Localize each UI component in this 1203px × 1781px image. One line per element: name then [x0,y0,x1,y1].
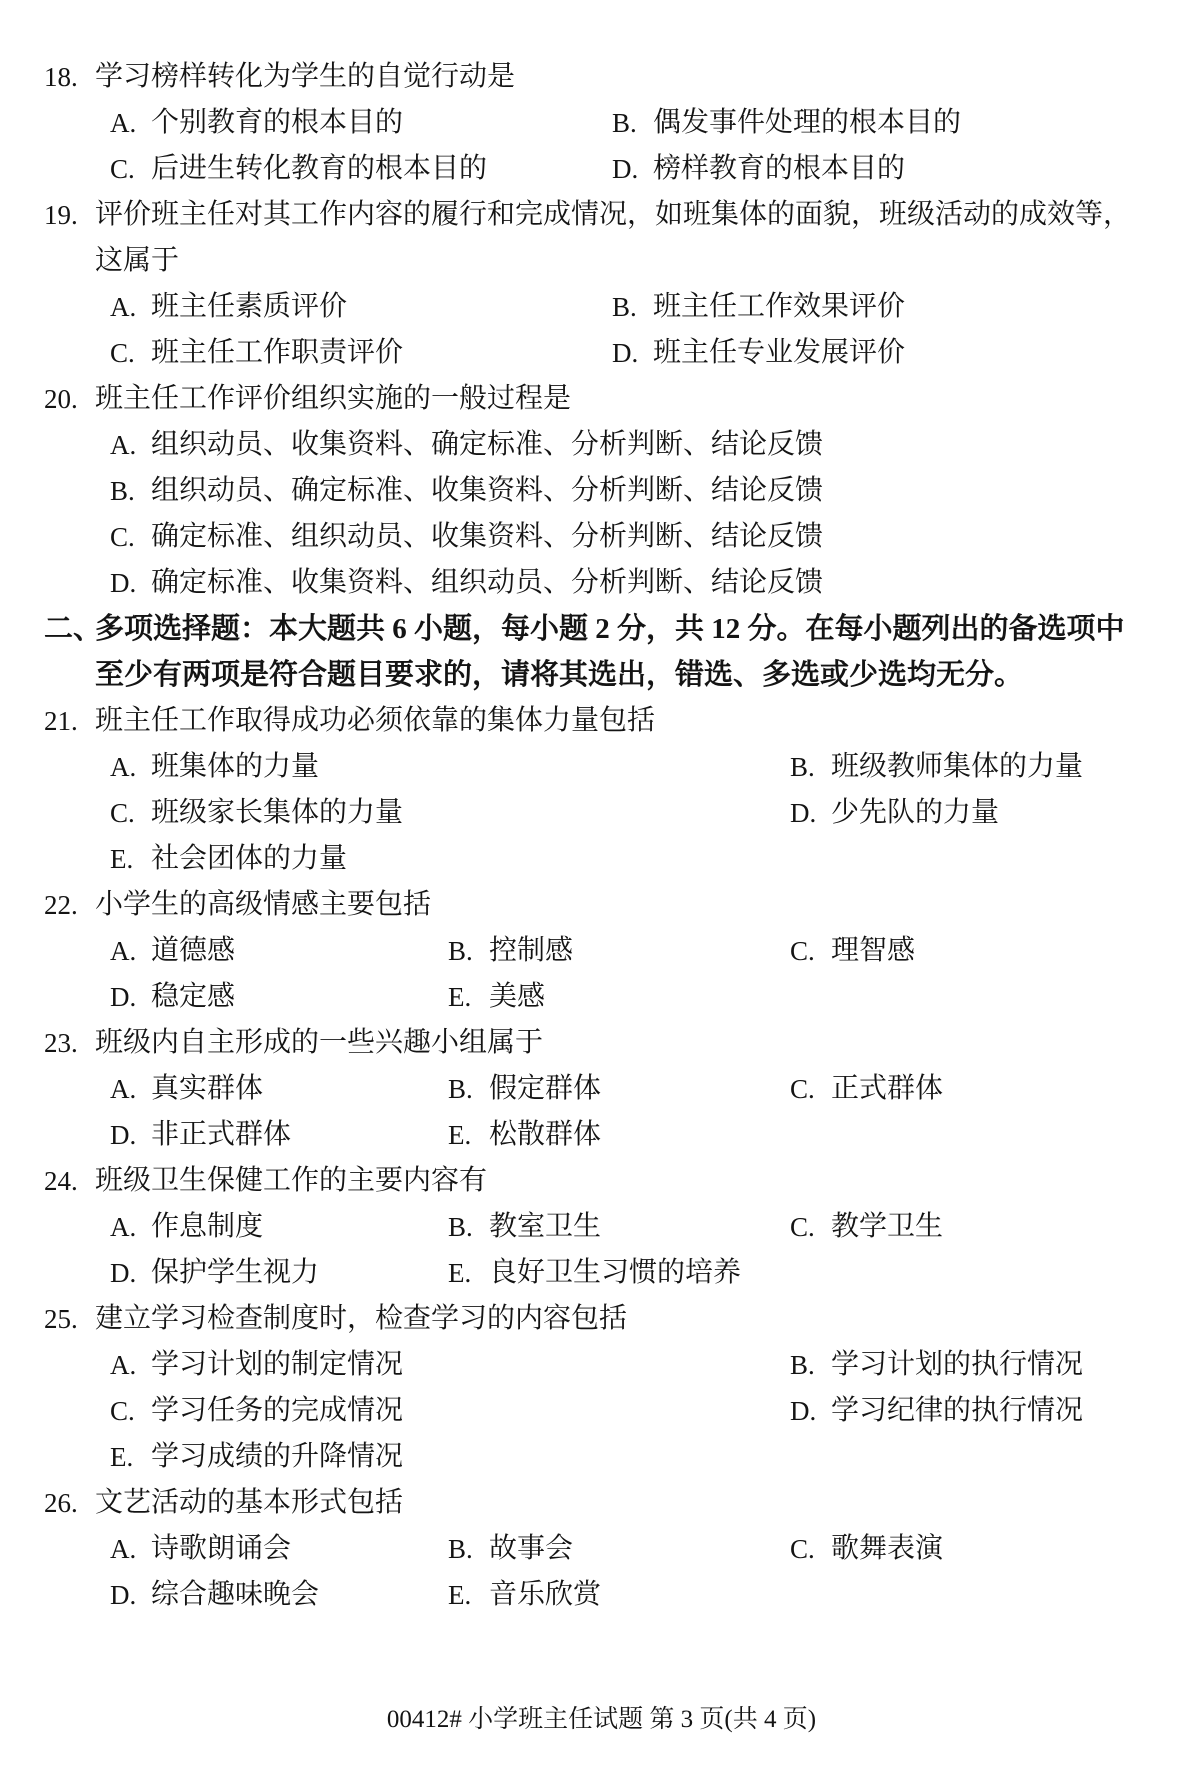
section-number: 二、 [44,606,102,652]
option-text: 偶发事件处理的根本目的 [653,100,961,146]
option-label: A. [110,1066,136,1112]
option-text: 个别教育的根本目的 [151,100,403,146]
option-label: E. [448,1112,471,1158]
text-line: 25.建立学习检查制度时，检查学习的内容包括 [0,1296,1203,1342]
text-line: 18.学习榜样转化为学生的自觉行动是 [0,54,1203,100]
page-footer: 00412# 小学班主任试题 第 3 页(共 4 页) [0,1700,1203,1740]
option-text: 美感 [489,974,545,1020]
text-line: E.学习成绩的升降情况 [0,1434,1203,1480]
question-stem: 班级内自主形成的一些兴趣小组属于 [95,1020,543,1066]
text-line: A.组织动员、收集资料、确定标准、分析判断、结论反馈 [0,422,1203,468]
option-label: C. [110,330,135,376]
text-line: A.诗歌朗诵会B.故事会C.歌舞表演 [0,1526,1203,1572]
option-label: A. [110,744,136,790]
option-text: 班级家长集体的力量 [151,790,403,836]
option-label: B. [448,1066,473,1112]
page-footer-text: 00412# 小学班主任试题 第 3 页(共 4 页) [387,1706,816,1733]
option-text: 歌舞表演 [831,1526,943,1572]
option-label: A. [110,928,136,974]
text-line: D.非正式群体E.松散群体 [0,1112,1203,1158]
option-text: 假定群体 [489,1066,601,1112]
option-text: 学习成绩的升降情况 [151,1434,403,1480]
option-text: 组织动员、收集资料、确定标准、分析判断、结论反馈 [151,422,823,468]
option-text: 作息制度 [151,1204,263,1250]
text-line: 26.文艺活动的基本形式包括 [0,1480,1203,1526]
text-line: C.确定标准、组织动员、收集资料、分析判断、结论反馈 [0,514,1203,560]
text-line: 22.小学生的高级情感主要包括 [0,882,1203,928]
text-line: A.道德感B.控制感C.理智感 [0,928,1203,974]
text-line: 21.班主任工作取得成功必须依靠的集体力量包括 [0,698,1203,744]
question-stem: 小学生的高级情感主要包括 [95,882,431,928]
option-label: D. [110,1112,136,1158]
question-number: 25. [44,1296,78,1342]
text-line: A.班主任素质评价B.班主任工作效果评价 [0,284,1203,330]
text-line: D.确定标准、收集资料、组织动员、分析判断、结论反馈 [0,560,1203,606]
option-label: B. [448,1204,473,1250]
option-label: E. [110,836,133,882]
option-text: 确定标准、收集资料、组织动员、分析判断、结论反馈 [151,560,823,606]
option-label: E. [110,1434,133,1480]
option-label: D. [110,1572,136,1618]
question-number: 18. [44,54,78,100]
text-line: A.个别教育的根本目的B.偶发事件处理的根本目的 [0,100,1203,146]
option-text: 班主任工作职责评价 [151,330,403,376]
option-label: A. [110,422,136,468]
option-text: 正式群体 [831,1066,943,1112]
option-label: A. [110,100,136,146]
option-label: C. [110,790,135,836]
text-line: E.社会团体的力量 [0,836,1203,882]
text-line: A.真实群体B.假定群体C.正式群体 [0,1066,1203,1112]
option-text: 诗歌朗诵会 [151,1526,291,1572]
option-text: 班主任专业发展评价 [653,330,905,376]
option-label: A. [110,284,136,330]
option-text: 真实群体 [151,1066,263,1112]
text-line: B.组织动员、确定标准、收集资料、分析判断、结论反馈 [0,468,1203,514]
text-line: C.学习任务的完成情况D.学习纪律的执行情况 [0,1388,1203,1434]
option-label: C. [110,146,135,192]
text-line: D.稳定感E.美感 [0,974,1203,1020]
section-header-text: 至少有两项是符合题目要求的，请将其选出，错选、多选或少选均无分。 [95,652,1023,698]
option-text: 教学卫生 [831,1204,943,1250]
question-number: 22. [44,882,78,928]
option-label: B. [790,1342,815,1388]
question-stem: 建立学习检查制度时，检查学习的内容包括 [95,1296,627,1342]
option-label: B. [612,100,637,146]
option-label: E. [448,1572,471,1618]
option-text: 确定标准、组织动员、收集资料、分析判断、结论反馈 [151,514,823,560]
option-label: D. [790,1388,816,1434]
text-line: A.作息制度B.教室卫生C.教学卫生 [0,1204,1203,1250]
option-label: C. [790,1526,815,1572]
document-content: 18.学习榜样转化为学生的自觉行动是A.个别教育的根本目的B.偶发事件处理的根本… [0,54,1203,1618]
option-text: 保护学生视力 [151,1250,319,1296]
option-label: C. [790,1066,815,1112]
question-stem: 班级卫生保健工作的主要内容有 [95,1158,487,1204]
option-text: 学习纪律的执行情况 [831,1388,1083,1434]
option-label: C. [790,1204,815,1250]
text-line: 这属于 [0,238,1203,284]
option-text: 少先队的力量 [831,790,999,836]
option-text: 榜样教育的根本目的 [653,146,905,192]
question-number: 26. [44,1480,78,1526]
option-label: D. [110,974,136,1020]
option-text: 班级教师集体的力量 [831,744,1083,790]
text-line: D.综合趣味晚会E.音乐欣赏 [0,1572,1203,1618]
text-line: C.班主任工作职责评价D.班主任专业发展评价 [0,330,1203,376]
option-label: A. [110,1342,136,1388]
option-label: B. [448,1526,473,1572]
question-stem: 班主任工作评价组织实施的一般过程是 [95,376,571,422]
text-line: C.后进生转化教育的根本目的D.榜样教育的根本目的 [0,146,1203,192]
text-line: 19.评价班主任对其工作内容的履行和完成情况，如班集体的面貌，班级活动的成效等， [0,192,1203,238]
option-label: C. [790,928,815,974]
option-label: B. [448,928,473,974]
option-text: 学习计划的执行情况 [831,1342,1083,1388]
option-text: 班主任工作效果评价 [653,284,905,330]
option-text: 理智感 [831,928,915,974]
text-line: C.班级家长集体的力量D.少先队的力量 [0,790,1203,836]
option-text: 后进生转化教育的根本目的 [151,146,487,192]
option-text: 学习任务的完成情况 [151,1388,403,1434]
question-number: 23. [44,1020,78,1066]
question-number: 21. [44,698,78,744]
option-label: D. [612,146,638,192]
option-label: E. [448,1250,471,1296]
question-number: 20. [44,376,78,422]
option-text: 松散群体 [489,1112,601,1158]
text-line: D.保护学生视力E.良好卫生习惯的培养 [0,1250,1203,1296]
question-stem: 班主任工作取得成功必须依靠的集体力量包括 [95,698,655,744]
option-text: 班主任素质评价 [151,284,347,330]
option-text: 组织动员、确定标准、收集资料、分析判断、结论反馈 [151,468,823,514]
option-text: 故事会 [489,1526,573,1572]
option-text: 教室卫生 [489,1204,601,1250]
section-header-text: 多项选择题：本大题共 6 小题，每小题 2 分，共 12 分。在每小题列出的备选… [95,606,1125,652]
option-label: D. [790,790,816,836]
option-label: B. [110,468,135,514]
option-label: C. [110,514,135,560]
question-number: 19. [44,192,78,238]
option-label: D. [110,560,136,606]
exam-page: 18.学习榜样转化为学生的自觉行动是A.个别教育的根本目的B.偶发事件处理的根本… [0,0,1203,1781]
option-text: 社会团体的力量 [151,836,347,882]
question-stem: 学习榜样转化为学生的自觉行动是 [95,54,515,100]
text-line: 24.班级卫生保健工作的主要内容有 [0,1158,1203,1204]
text-line: A.学习计划的制定情况B.学习计划的执行情况 [0,1342,1203,1388]
text-line: 20.班主任工作评价组织实施的一般过程是 [0,376,1203,422]
option-label: D. [612,330,638,376]
option-text: 非正式群体 [151,1112,291,1158]
question-stem: 这属于 [95,238,179,284]
text-line: 23.班级内自主形成的一些兴趣小组属于 [0,1020,1203,1066]
option-label: A. [110,1526,136,1572]
question-stem: 评价班主任对其工作内容的履行和完成情况，如班集体的面貌，班级活动的成效等， [95,192,1131,238]
option-label: B. [790,744,815,790]
option-label: E. [448,974,471,1020]
question-stem: 文艺活动的基本形式包括 [95,1480,403,1526]
text-line: 二、多项选择题：本大题共 6 小题，每小题 2 分，共 12 分。在每小题列出的… [0,606,1203,652]
option-text: 班集体的力量 [151,744,319,790]
option-text: 控制感 [489,928,573,974]
text-line: A.班集体的力量B.班级教师集体的力量 [0,744,1203,790]
option-text: 稳定感 [151,974,235,1020]
option-label: D. [110,1250,136,1296]
option-text: 道德感 [151,928,235,974]
option-text: 学习计划的制定情况 [151,1342,403,1388]
option-label: B. [612,284,637,330]
option-label: A. [110,1204,136,1250]
option-text: 良好卫生习惯的培养 [489,1250,741,1296]
option-text: 音乐欣赏 [489,1572,601,1618]
option-text: 综合趣味晚会 [151,1572,319,1618]
option-label: C. [110,1388,135,1434]
question-number: 24. [44,1158,78,1204]
text-line: 至少有两项是符合题目要求的，请将其选出，错选、多选或少选均无分。 [0,652,1203,698]
